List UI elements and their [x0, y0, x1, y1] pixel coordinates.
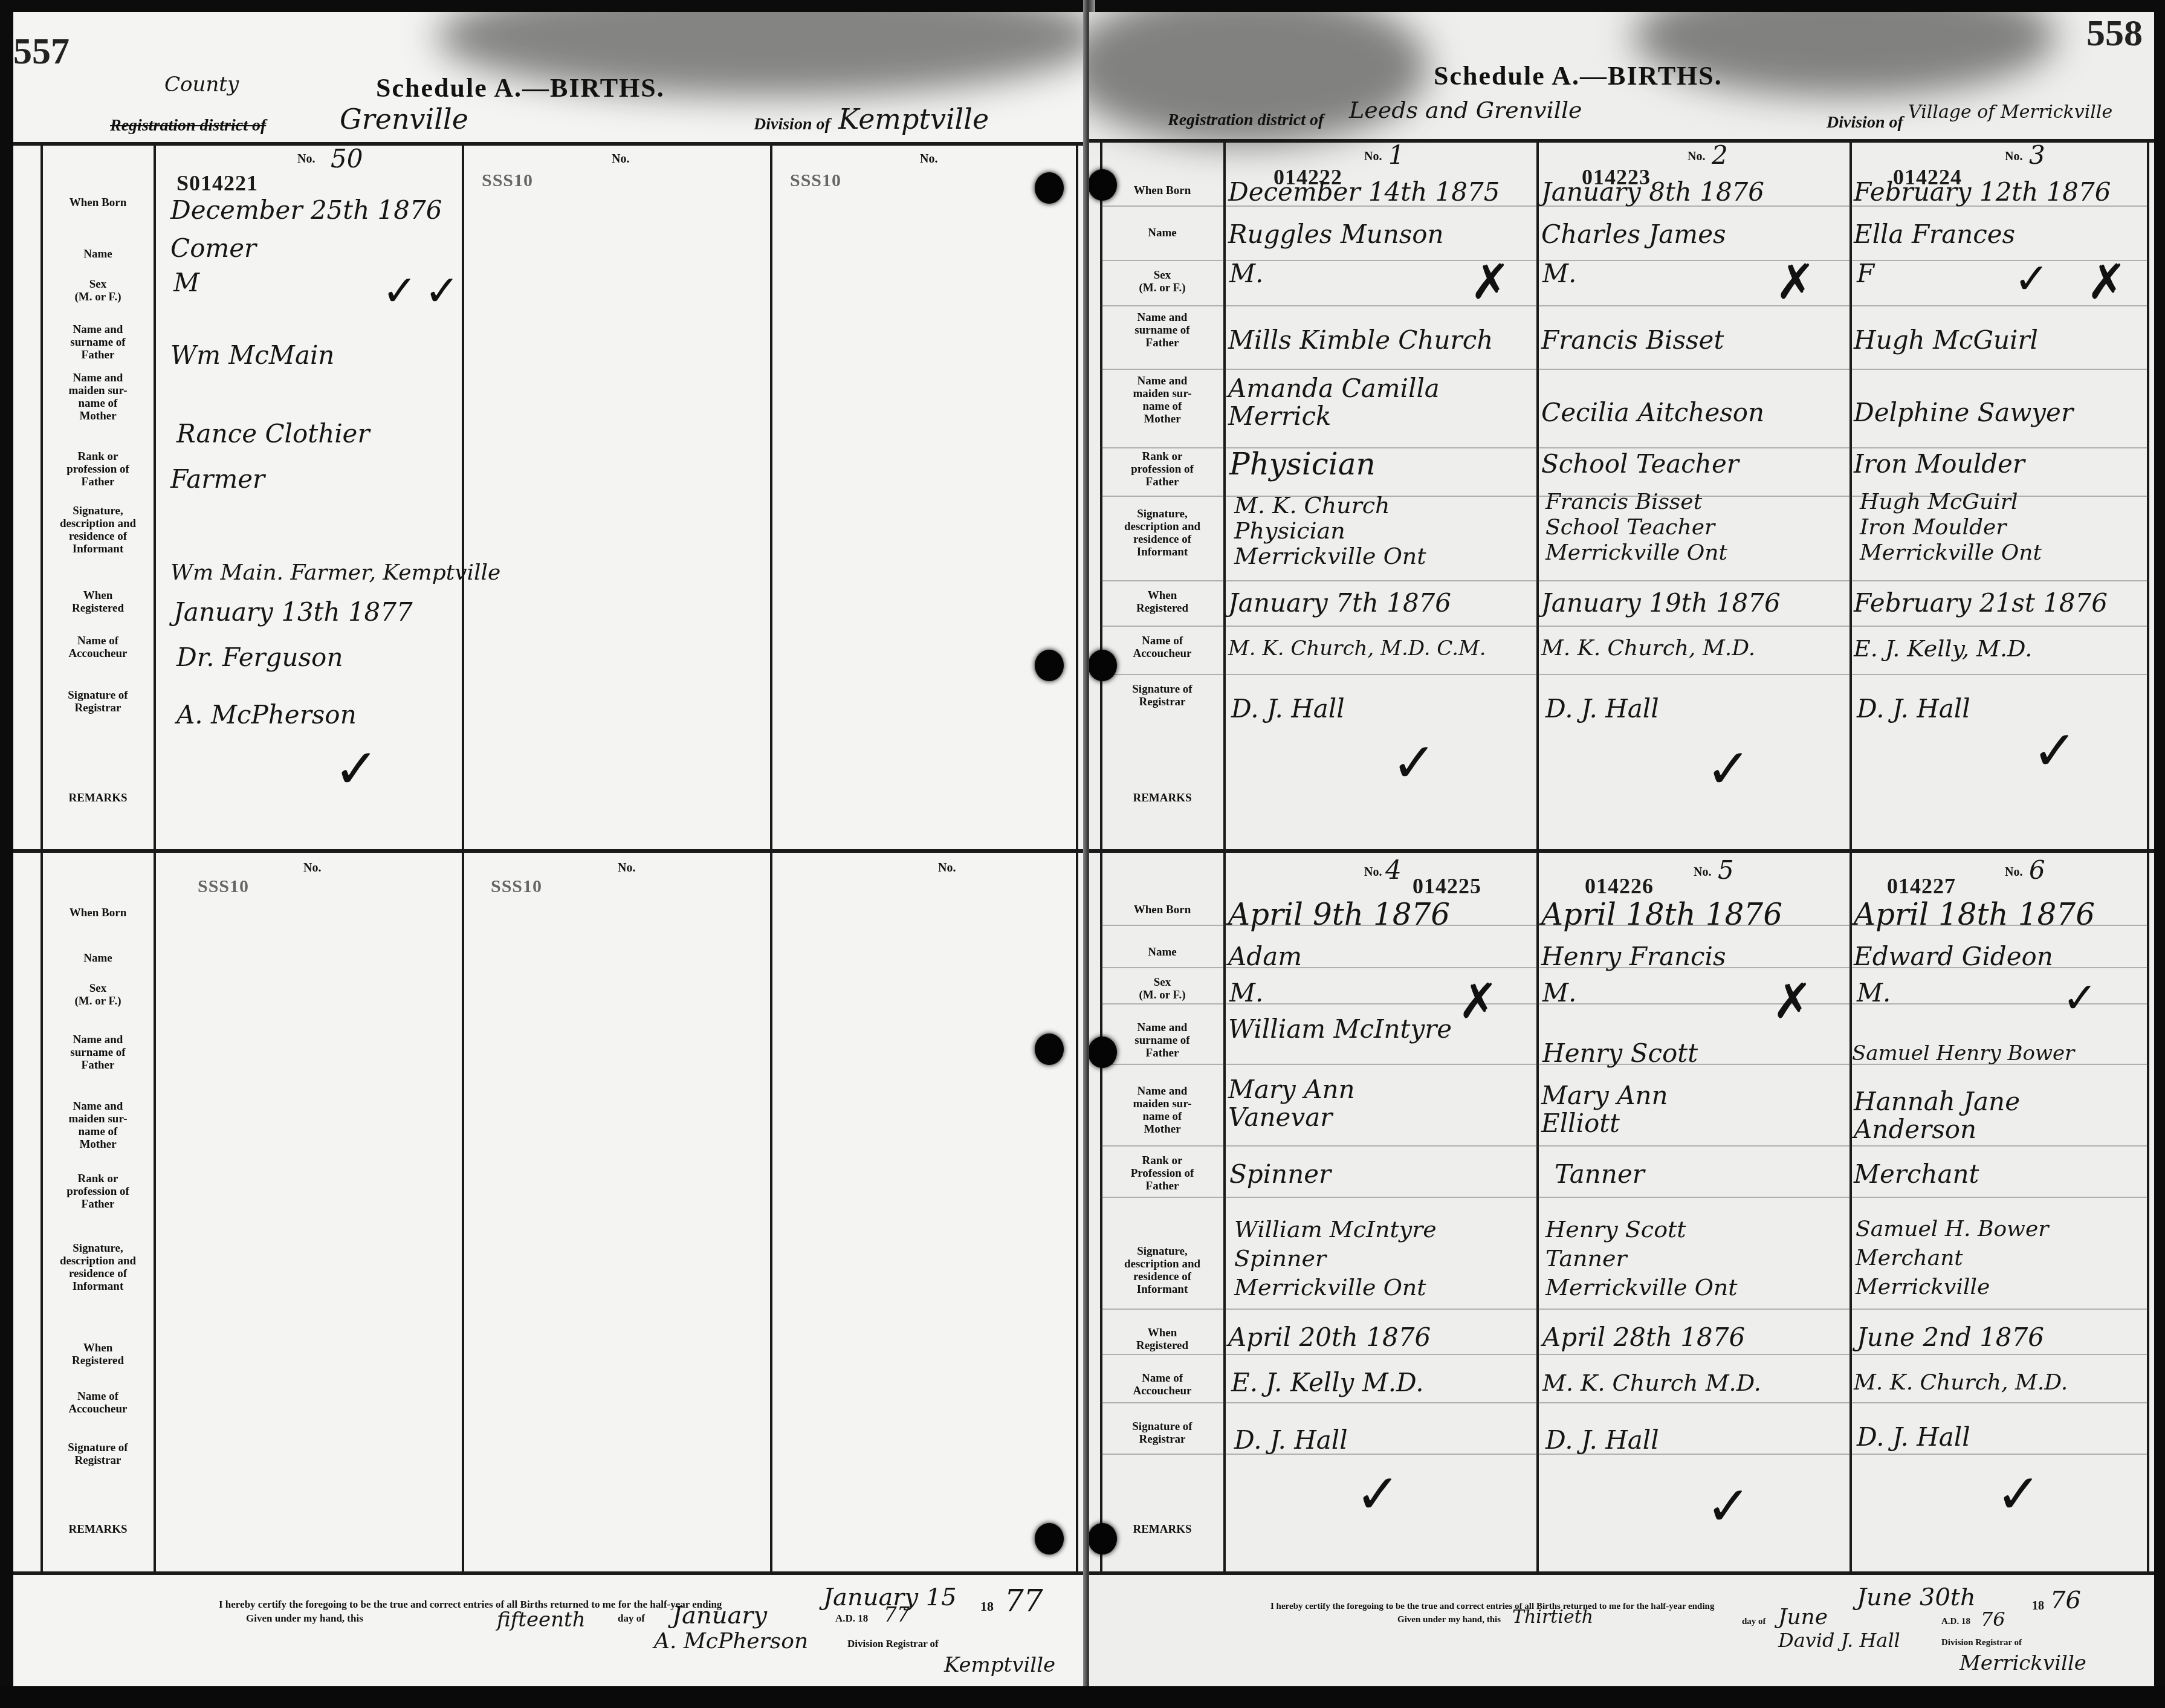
row-label-remarks: REMARKS: [1102, 792, 1222, 804]
informant: Wm Main. Farmer, Kemptville: [170, 559, 500, 587]
page-number: 558: [2086, 12, 2143, 55]
division-value: Kemptville: [838, 103, 989, 135]
row-label-name: Name: [44, 952, 152, 965]
father-name: Samuel Henry Bower: [1852, 1040, 2074, 1067]
row-label-remarks: REMARKS: [44, 1523, 152, 1536]
remarks-check-icon: ✓: [2032, 719, 2077, 783]
year-prefix: 18: [2032, 1599, 2044, 1613]
when-registered: January 7th 1876: [1228, 589, 1451, 617]
row-label-mother: Name and maiden sur- name of Mother: [1102, 1085, 1222, 1136]
registrar-signature: D. J. Hall: [1545, 1426, 1659, 1454]
registrar-division: Kemptville: [944, 1653, 1055, 1677]
row-label-when-registered: When Registered: [44, 1342, 152, 1367]
child-name: Ruggles Munson: [1228, 221, 1444, 248]
column-line: [1100, 139, 1102, 1574]
row-label-informant: Signature, description and residence of …: [1102, 1245, 1222, 1296]
father-name: Wm McMain: [170, 341, 334, 369]
registrar-signature: D. J. Hall: [1231, 695, 1345, 723]
row-label-remarks: REMARKS: [44, 792, 152, 804]
check-icon: ✓: [2014, 254, 2050, 303]
page-number: 557: [13, 30, 70, 73]
number-label: No.: [1688, 150, 1705, 164]
row-label-registrar: Signature of Registrar: [1102, 683, 1222, 708]
binding-hole: [1035, 1523, 1064, 1554]
row-label-name: Name: [1102, 227, 1222, 239]
remarks-check-icon: ✓: [1706, 737, 1751, 801]
row-label-registrar: Signature of Registrar: [44, 1441, 152, 1467]
number-label: No.: [920, 152, 937, 166]
cross-icon: ✗: [1458, 973, 1498, 1029]
father-profession: Merchant: [1854, 1160, 1979, 1188]
row-label-name: Name: [44, 248, 152, 260]
row-label-father: Name and surname of Father: [1102, 311, 1222, 349]
certification-text: I hereby certify the foregoing to be the…: [219, 1599, 722, 1611]
column-line: [40, 142, 43, 1574]
row-label-registrar: Signature of Registrar: [1102, 1420, 1222, 1446]
row-label-father: Name and surname of Father: [1102, 1021, 1222, 1059]
registrar-signature: David J. Hall: [1778, 1629, 1900, 1652]
day-value: Thirtieth: [1512, 1606, 1593, 1628]
informant: Henry Scott Tanner Merrickville Ont: [1545, 1215, 1738, 1302]
mother-name: Delphine Sawyer: [1854, 399, 2073, 427]
remarks-check-icon: ✓: [1706, 1475, 1751, 1538]
row-rule: [1100, 369, 2149, 370]
column-line: [1223, 139, 1226, 1574]
when-registered: January 19th 1876: [1541, 589, 1781, 617]
row-rule: [1100, 1197, 2149, 1198]
number-label: No.: [1364, 865, 1382, 879]
registration-district-annotation: County: [164, 73, 239, 97]
column-line: [154, 142, 156, 1574]
number-label: No.: [1364, 150, 1382, 164]
when-registered: January 13th 1877: [173, 598, 413, 626]
column-line: [770, 142, 772, 1574]
registration-number: SSS10: [482, 170, 533, 191]
division-label: Division of: [1827, 113, 1903, 132]
registration-district-label: Registration district of: [110, 116, 266, 135]
sex: M.: [1542, 979, 1576, 1007]
mother-name: Rance Clothier: [176, 420, 370, 448]
sex: M.: [1857, 979, 1891, 1007]
sex: M.: [1229, 260, 1263, 288]
row-label-when-born: When Born: [44, 907, 152, 919]
scan-edge: [0, 1686, 2165, 1708]
registration-number: SSS10: [491, 876, 542, 897]
number-label: No.: [1694, 865, 1711, 879]
record-number: 2: [1712, 140, 1728, 170]
row-rule: [1100, 580, 2149, 581]
row-label-when-born: When Born: [1102, 904, 1222, 916]
father-profession: Farmer: [170, 465, 265, 493]
number-label: No.: [612, 152, 629, 166]
child-name: Adam: [1228, 943, 1302, 971]
registration-district-label: Registration district of: [1168, 111, 1324, 130]
father-name: Hugh McGuirl: [1854, 326, 2038, 354]
day-of-label: day of: [1742, 1617, 1766, 1627]
registrar-division: Merrickville: [1960, 1651, 2086, 1675]
row-label-father: Name and surname of Father: [44, 1034, 152, 1072]
when-born: December 14th 1875: [1228, 178, 1500, 206]
father-name: William McIntyre: [1228, 1015, 1452, 1043]
registration-number: SSS10: [790, 170, 841, 191]
when-born: February 12th 1876: [1854, 178, 2111, 206]
row-label-sex: Sex (M. or F.): [44, 982, 152, 1008]
child-name: Ella Frances: [1854, 221, 2015, 248]
row-label-when-born: When Born: [1102, 184, 1222, 197]
column-line: [2147, 139, 2149, 1574]
row-rule: [1100, 626, 2149, 627]
accoucheur: E. J. Kelly M.D.: [1231, 1369, 1424, 1397]
father-name: Francis Bisset: [1541, 326, 1724, 354]
check-icon: ✓: [424, 266, 460, 315]
row-label-when-registered: When Registered: [1102, 589, 1222, 615]
registration-number: S014221: [176, 170, 258, 196]
registration-number: 014226: [1585, 873, 1654, 899]
table-bottom-border: [13, 1571, 1089, 1575]
mother-name: Mary Ann Vanevar: [1228, 1076, 1355, 1131]
informant: Samuel H. Bower Merchant Merrickville: [1856, 1215, 2048, 1302]
row-rule: [1100, 1354, 2149, 1355]
when-registered: April 20th 1876: [1228, 1324, 1431, 1351]
mother-name: Hannah Jane Anderson: [1854, 1088, 2020, 1144]
child-name: Charles James: [1541, 221, 1726, 248]
informant: M. K. Church Physician Merrickville Ont: [1234, 493, 1426, 569]
row-rule: [1100, 674, 2149, 675]
number-label: No.: [297, 152, 315, 166]
binding-hole: [1035, 172, 1064, 204]
accoucheur: M. K. Church, M.D. C.M.: [1228, 635, 1486, 662]
year-suffix: 76: [2050, 1587, 2081, 1614]
binding-hole: [1089, 169, 1117, 201]
row-label-profession: Rank or profession of Father: [1102, 450, 1222, 488]
when-born: April 18th 1876: [1854, 901, 2095, 928]
binding-hole: [1089, 1523, 1117, 1554]
record-number: 5: [1718, 855, 1734, 885]
row-label-profession: Rank or profession of Father: [44, 1173, 152, 1211]
when-born: December 25th 1876: [170, 196, 442, 224]
number-label: No.: [2005, 150, 2022, 164]
accoucheur: M. K. Church M.D.: [1542, 1369, 1761, 1397]
row-label-informant: Signature, description and residence of …: [44, 505, 152, 555]
binding-hole: [1089, 650, 1117, 681]
row-label-remarks: REMARKS: [1102, 1523, 1222, 1536]
when-born: April 9th 1876: [1228, 901, 1450, 928]
given-under-hand: Given under my hand, this: [246, 1613, 363, 1625]
month-value: June: [1778, 1605, 1828, 1629]
sex: M.: [1542, 260, 1576, 288]
cross-icon: ✗: [1775, 254, 1816, 310]
sex: M: [173, 269, 199, 297]
row-label-accoucheur: Name of Accoucheur: [1102, 1372, 1222, 1397]
binding-hole: [1089, 1037, 1117, 1068]
registrar-signature: A. McPherson: [176, 701, 357, 729]
registration-district-value: Leeds and Grenville: [1349, 97, 1582, 123]
row-label-mother: Name and maiden sur- name of Mother: [44, 372, 152, 422]
table-top-border: [13, 142, 1089, 146]
record-number: 1: [1388, 140, 1405, 170]
father-profession: Physician: [1229, 450, 1376, 478]
number-label: No.: [2005, 865, 2022, 879]
number-label: No.: [618, 861, 635, 875]
mother-name: Cecilia Aitcheson: [1541, 399, 1764, 427]
row-rule: [1100, 1402, 2149, 1403]
column-line: [462, 142, 464, 1574]
remarks-check-icon: ✓: [334, 737, 379, 801]
division-label: Division of: [754, 115, 830, 134]
record-number: 50: [331, 144, 363, 173]
row-label-when-registered: When Registered: [1102, 1327, 1222, 1352]
check-icon: ✓: [382, 266, 418, 315]
number-label: No.: [938, 861, 956, 875]
left-page: 557 Schedule A.—BIRTHS. County Registrat…: [13, 12, 1089, 1686]
row-label-informant: Signature, description and residence of …: [1102, 508, 1222, 558]
year-suffix: 77: [1005, 1583, 1043, 1619]
day-value: fifteenth: [497, 1608, 586, 1632]
table-bottom-border: [1089, 1571, 2154, 1575]
row-label-father: Name and surname of Father: [44, 323, 152, 361]
child-name: Edward Gideon: [1854, 943, 2053, 971]
division-value: Village of Merrickville: [1908, 102, 2112, 123]
child-name: Henry Francis: [1541, 943, 1726, 971]
binding-hole: [1035, 650, 1064, 681]
ad-label: A.D. 18: [1941, 1617, 1970, 1627]
row-label-profession: Rank or profession of Father: [44, 450, 152, 488]
division-registrar-label: Division Registrar of: [1941, 1638, 2022, 1648]
year-prefix: 18: [980, 1599, 994, 1614]
mother-name: Amanda Camilla Merrick: [1228, 375, 1440, 430]
month-value: January: [672, 1602, 767, 1629]
row-label-profession: Rank or Profession of Father: [1102, 1154, 1222, 1192]
when-born: April 18th 1876: [1541, 901, 1782, 928]
row-label-sex: Sex (M. or F.): [44, 278, 152, 303]
when-registered: April 28th 1876: [1542, 1324, 1745, 1351]
certification-text: I hereby certify the foregoing to be the…: [1270, 1602, 1714, 1612]
table-top-border: [1089, 139, 2154, 143]
half-year-ending: June 30th: [1857, 1583, 1976, 1611]
column-line: [1849, 139, 1852, 1574]
schedule-title: Schedule A.—BIRTHS.: [1434, 60, 1723, 91]
cross-icon: ✗: [1470, 254, 1510, 310]
sex: F: [1857, 260, 1874, 288]
father-profession: Tanner: [1555, 1160, 1645, 1188]
registration-number: SSS10: [198, 876, 249, 897]
row-label-accoucheur: Name of Accoucheur: [44, 635, 152, 660]
registration-number: 014227: [1887, 873, 1956, 899]
row-label-sex: Sex (M. or F.): [1102, 269, 1222, 294]
check-icon: ✓: [2062, 973, 2098, 1023]
section-divider: [1089, 849, 2154, 853]
row-label-registrar: Signature of Registrar: [44, 689, 152, 714]
row-label-sex: Sex (M. or F.): [1102, 976, 1222, 1001]
ad-year: 76: [1981, 1608, 2005, 1631]
sex: M.: [1229, 979, 1263, 1007]
cross-icon: ✗: [1772, 973, 1813, 1029]
row-rule: [1100, 1145, 2149, 1147]
section-divider: [13, 849, 1089, 853]
when-registered: June 2nd 1876: [1857, 1324, 2044, 1351]
registrar-signature: A. McPherson: [654, 1629, 808, 1654]
number-label: No.: [303, 861, 321, 875]
record-number: 3: [2029, 140, 2045, 170]
row-label-when-registered: When Registered: [44, 589, 152, 615]
row-rule: [1100, 1308, 2149, 1310]
column-line: [1076, 142, 1078, 1574]
father-profession: School Teacher: [1541, 450, 1739, 478]
binding-hole: [1035, 1034, 1064, 1065]
ad-label: A.D. 18: [835, 1613, 868, 1625]
row-label-when-born: When Born: [44, 196, 152, 209]
child-name: Comer: [170, 235, 256, 262]
when-registered: February 21st 1876: [1854, 589, 2108, 617]
when-born: January 8th 1876: [1541, 178, 1764, 206]
ad-year: 77: [884, 1603, 910, 1627]
remarks-check-icon: ✓: [1996, 1463, 2041, 1526]
mother-name: Mary Ann Elliott: [1541, 1082, 1668, 1137]
row-rule: [1100, 305, 2149, 306]
accoucheur: E. J. Kelly, M.D.: [1854, 635, 2032, 662]
row-label-accoucheur: Name of Accoucheur: [1102, 635, 1222, 660]
column-line: [1536, 139, 1539, 1574]
registrar-signature: D. J. Hall: [1545, 695, 1659, 723]
registrar-signature: D. J. Hall: [1857, 1423, 1970, 1451]
father-profession: Spinner: [1229, 1160, 1331, 1188]
division-registrar-label: Division Registrar of: [847, 1638, 939, 1650]
accoucheur: M. K. Church, M.D.: [1854, 1369, 2068, 1397]
registration-number: 014225: [1413, 873, 1481, 899]
accoucheur: M. K. Church, M.D.: [1541, 635, 1755, 662]
remarks-check-icon: ✓: [1355, 1463, 1400, 1526]
registrar-signature: D. J. Hall: [1234, 1426, 1348, 1454]
father-name: Mills Kimble Church: [1228, 326, 1493, 354]
day-of-label: day of: [618, 1613, 645, 1625]
record-number: 4: [1385, 855, 1402, 885]
row-label-mother: Name and maiden sur- name of Mother: [1102, 375, 1222, 425]
accoucheur: Dr. Ferguson: [176, 644, 343, 671]
remarks-check-icon: ✓: [1391, 731, 1437, 795]
registrar-signature: D. J. Hall: [1857, 695, 1970, 723]
record-number: 6: [2029, 855, 2045, 885]
father-profession: Iron Moulder: [1854, 450, 2025, 478]
row-label-mother: Name and maiden sur- name of Mother: [44, 1100, 152, 1151]
cross-icon: ✗: [2086, 254, 2127, 310]
row-label-informant: Signature, description and residence of …: [44, 1242, 152, 1293]
given-under-hand: Given under my hand, this: [1397, 1615, 1501, 1625]
informant: Hugh McGuirl Iron Moulder Merrickville O…: [1860, 490, 2042, 566]
right-page: 558 Schedule A.—BIRTHS. Registration dis…: [1089, 12, 2154, 1686]
father-name: Henry Scott: [1542, 1040, 1698, 1067]
informant: William McIntyre Spinner Merrickville On…: [1234, 1215, 1437, 1302]
registration-district-value: Grenville: [340, 103, 468, 135]
schedule-title: Schedule A.—BIRTHS.: [376, 73, 665, 103]
informant: Francis Bisset School Teacher Merrickvil…: [1545, 490, 1727, 566]
row-label-accoucheur: Name of Accoucheur: [44, 1390, 152, 1415]
row-label-name: Name: [1102, 946, 1222, 959]
